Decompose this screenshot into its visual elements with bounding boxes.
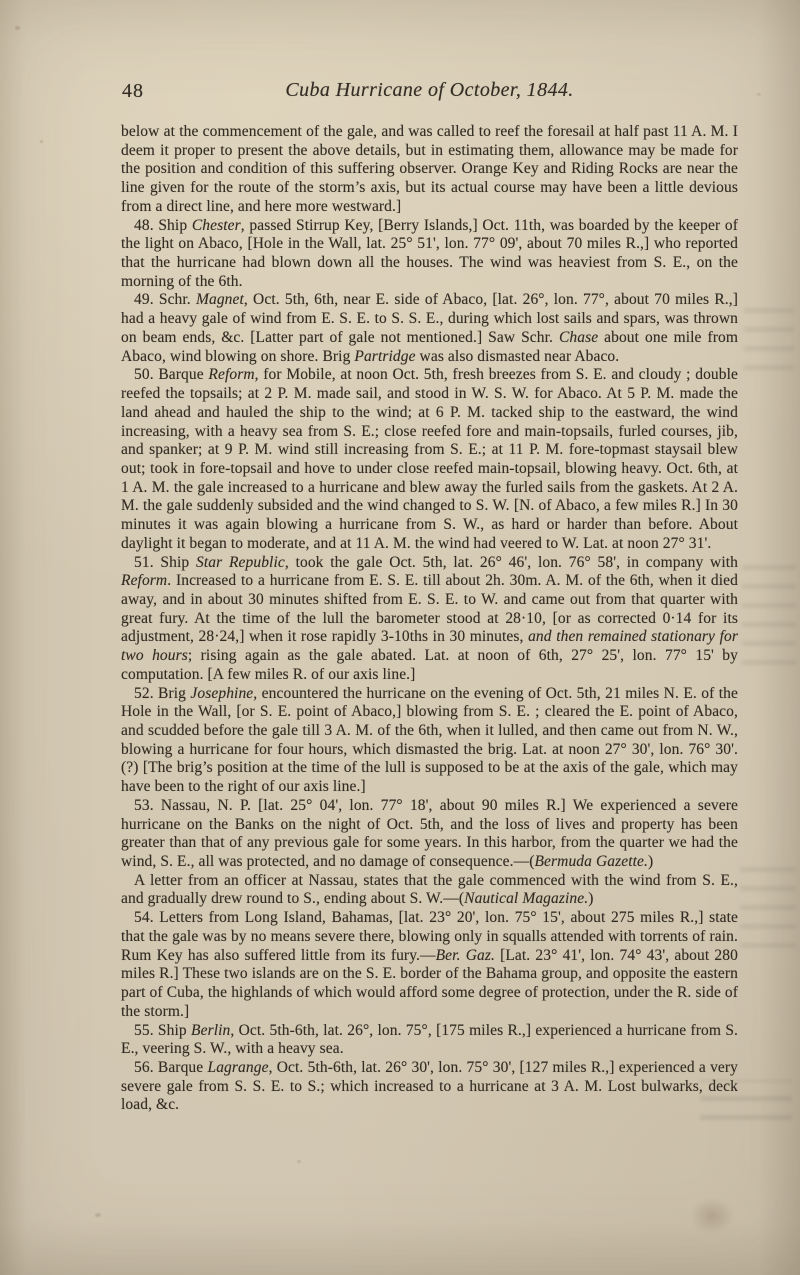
page-header: 48 Cuba Hurricane of October, 1844. [121,79,738,105]
paragraph-54: 54. Letters from Long Island, Bahamas, [… [121,909,738,1021]
paragraph-51: 51. Ship Star Republic, took the gale Oc… [121,554,738,685]
paper-smudge [690,1198,734,1234]
paragraph-56: 56. Barque Lagrange, Oct. 5th-6th, lat. … [121,1059,738,1115]
paper-speck [95,1213,101,1217]
bleedthrough-mark [744,295,794,375]
paragraph-50: 50. Barque Reform, for Mobile, at noon O… [121,366,738,553]
paper-speck [40,140,43,143]
emphasis: and then remained stationary for two hou… [121,628,738,664]
paragraph-52: 52. Brig Josephine, encountered the hurr… [121,685,738,797]
paper-speck [757,93,761,96]
book-page-scan: 48 Cuba Hurricane of October, 1844. belo… [0,0,800,1275]
bleedthrough-mark [742,560,796,670]
paper-speck [297,1160,301,1163]
paragraph-intro-continuation: below at the commencement of the gale, a… [121,123,738,217]
bleedthrough-mark [740,858,796,953]
paragraph-55: 55. Ship Berlin, Oct. 5th-6th, lat. 26°,… [121,1022,738,1059]
ship-name: Reform [121,572,167,589]
ship-name: Chase [559,329,598,346]
ship-name: Josephine [190,685,253,702]
running-title: Cuba Hurricane of October, 1844. [121,79,738,102]
paragraph-53: 53. Nassau, N. P. [lat. 25° 04', lon. 77… [121,797,738,872]
ship-name: Lagrange [207,1059,268,1076]
paragraph-48: 48. Ship Chester, passed Stirrup Key, [B… [121,217,738,292]
page-body: below at the commencement of the gale, a… [121,123,738,1115]
paper-speck [15,26,20,30]
source-name: Ber. Gaz. [436,947,495,964]
ship-name: Reform [208,366,254,383]
ship-name: Star Republic [196,554,285,571]
paragraph-nassau-letter: A letter from an officer at Nassau, stat… [121,872,738,909]
paragraph-49: 49. Schr. Magnet, Oct. 5th, 6th, near E.… [121,291,738,366]
ship-name: Partridge [354,348,415,365]
source-name: Nautical Magazine. [464,890,588,907]
source-name: Bermuda Gazette. [534,853,648,870]
ship-name: Berlin [191,1022,230,1039]
ship-name: Magnet [196,291,244,308]
ship-name: Chester [192,217,241,234]
